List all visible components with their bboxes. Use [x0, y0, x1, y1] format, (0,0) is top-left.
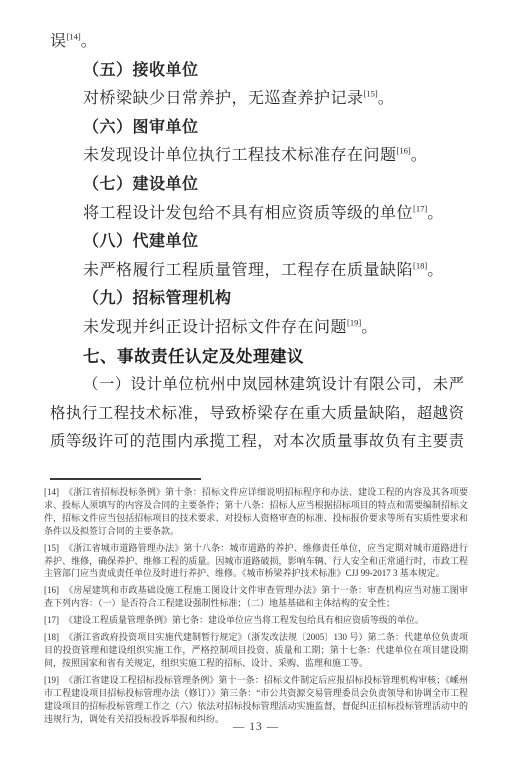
footnote-text: 《浙江省建设工程招标投标管理条例》第十一条：招标文件制定后应报招标投标管理机构审… — [44, 675, 468, 724]
body-text-run: 对桥梁缺少日常养护，无巡查养护记录 — [83, 90, 364, 107]
body-text-run: 。 — [378, 90, 395, 107]
body-text-block: 误[14]。 （五）接收单位 对桥梁缺少日常养护，无巡查养护记录[15]。 （六… — [50, 28, 464, 457]
footnote-ref-17: [17] — [413, 203, 427, 213]
footnote-ref-14: [14] — [67, 32, 81, 42]
footnotes-block: [14]《浙江省招标投标条例》第十条：招标文件应详细说明招标程序和办法、建设工程… — [44, 486, 468, 729]
chapter-heading: 七、事故责任认定及处理建议 — [50, 343, 464, 372]
body-text-run: 。 — [81, 33, 98, 50]
body-text-run: 。 — [427, 262, 444, 279]
body-text-run: 将工程设计发包给不具有相应资质等级的单位 — [83, 205, 413, 222]
footnote-text: 《浙江省招标投标条例》第十条：招标文件应详细说明招标程序和办法、建设工程的内容及… — [44, 487, 468, 536]
body-text-run: 未发现并纠正设计招标文件存在问题 — [83, 319, 347, 336]
paragraph-line-2: 格执行工程技术标准，导致桥梁存在重大质量缺陷，超越资 — [50, 400, 464, 429]
footnote-text: 《浙江省政府投资项目实施代建制暂行规定》（浙发改法规〔2005〕130 号）第二… — [44, 632, 468, 668]
footnote-ref-15: [15] — [364, 89, 378, 99]
body-text-run: 。 — [361, 319, 378, 336]
footnote-separator-rule — [50, 478, 201, 480]
footnote-item-15: [15]《浙江省城市道路管理办法》第十八条：城市道路的养护、维修责任单位，应当定… — [44, 542, 468, 581]
footnote-marker: [17] — [44, 615, 59, 625]
body-text-run: 误 — [50, 33, 67, 50]
footnote-item-19: [19]《浙江省建设工程招标投标管理条例》第十一条：招标文件制定后应报招标投标管… — [44, 674, 468, 726]
footnote-marker: [16] — [44, 585, 59, 595]
body-line-intro: 误[14]。 — [50, 28, 464, 57]
footnote-ref-19: [19] — [347, 318, 361, 328]
footnote-item-16: [16]《房屋建筑和市政基础设施工程施工图设计文件审查管理办法》第十一条：审查机… — [44, 584, 468, 610]
section-heading-9: （九）招标管理机构 — [50, 285, 464, 314]
footnote-ref-16: [16] — [397, 146, 411, 156]
footnote-marker: [18] — [44, 632, 59, 642]
section-heading-5: （五）接收单位 — [50, 57, 464, 86]
footnote-marker: [15] — [44, 543, 59, 553]
footnote-text: 《建设工程质量管理条例》第七条：建设单位应当将工程发包给具有相应资质等级的单位。 — [64, 615, 424, 625]
section-body-7: 将工程设计发包给不具有相应资质等级的单位[17]。 — [50, 200, 464, 229]
footnote-ref-18: [18] — [413, 260, 427, 270]
page-number: — 13 — — [0, 721, 512, 733]
section-heading-6: （六）图审单位 — [50, 114, 464, 143]
paragraph-line-3: 质等级许可的范围内承揽工程，对本次质量事故负有主要责 — [50, 428, 464, 457]
footnote-text: 《浙江省城市道路管理办法》第十八条：城市道路的养护、维修责任单位，应当定期对城市… — [44, 543, 468, 579]
footnote-item-14: [14]《浙江省招标投标条例》第十条：招标文件应详细说明招标程序和办法、建设工程… — [44, 486, 468, 538]
paragraph-line-1: （一）设计单位杭州中岚园林建筑设计有限公司，未严 — [50, 371, 464, 400]
body-text-run: 。 — [427, 205, 444, 222]
section-heading-8: （八）代建单位 — [50, 228, 464, 257]
section-body-9: 未发现并纠正设计招标文件存在问题[19]。 — [50, 314, 464, 343]
body-text-run: 。 — [411, 147, 428, 164]
section-heading-7: （七）建设单位 — [50, 171, 464, 200]
body-text-run: 未发现设计单位执行工程技术标准存在问题 — [83, 147, 397, 164]
section-body-6: 未发现设计单位执行工程技术标准存在问题[16]。 — [50, 142, 464, 171]
footnote-text: 《房屋建筑和市政基础设施工程施工图设计文件审查管理办法》第十一条：审查机构应当对… — [44, 585, 468, 608]
document-page: 误[14]。 （五）接收单位 对桥梁缺少日常养护，无巡查养护记录[15]。 （六… — [0, 0, 512, 777]
footnote-item-18: [18]《浙江省政府投资项目实施代建制暂行规定》（浙发改法规〔2005〕130 … — [44, 631, 468, 670]
section-body-8: 未严格履行工程质量管理，工程存在质量缺陷[18]。 — [50, 257, 464, 286]
footnote-marker: [19] — [44, 675, 59, 685]
footnote-marker: [14] — [44, 487, 59, 497]
section-body-5: 对桥梁缺少日常养护，无巡查养护记录[15]。 — [50, 85, 464, 114]
footnote-item-17: [17]《建设工程质量管理条例》第七条：建设单位应当将工程发包给具有相应资质等级… — [44, 614, 468, 627]
body-text-run: 未严格履行工程质量管理，工程存在质量缺陷 — [83, 262, 413, 279]
